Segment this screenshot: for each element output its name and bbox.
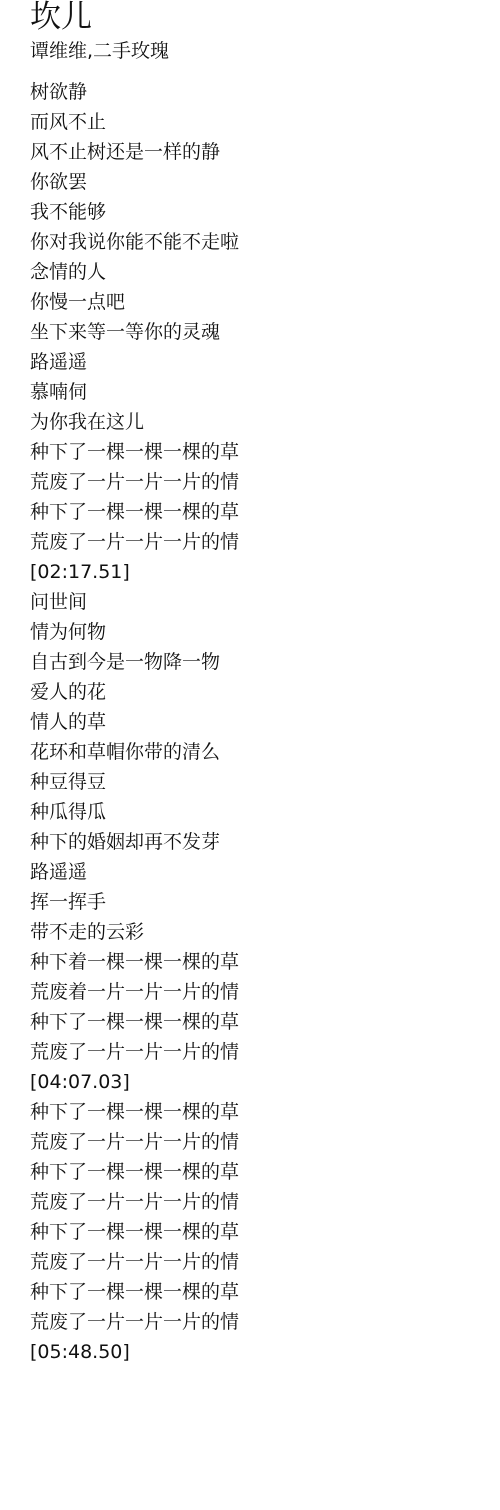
lyric-line: 情为何物 <box>30 617 500 647</box>
lyrics-list: 树欲静而风不止风不止树还是一样的静你欲罢我不能够你对我说你能不能不走啦念情的人你… <box>30 70 500 1367</box>
lyric-line: 我不能够 <box>30 197 500 227</box>
lyric-line: 爱人的花 <box>30 677 500 707</box>
lyric-line: 路遥遥 <box>30 857 500 887</box>
lyric-line: 种瓜得瓜 <box>30 797 500 827</box>
lyric-line: 念情的人 <box>30 257 500 287</box>
lyric-line: [04:07.03] <box>30 1067 500 1097</box>
lyric-line: 自古到今是一物降一物 <box>30 647 500 677</box>
lyric-line: 种下了一棵一棵一棵的草 <box>30 497 500 527</box>
lyric-line: 情人的草 <box>30 707 500 737</box>
lyric-line: 你慢一点吧 <box>30 287 500 317</box>
lyric-line: 花环和草帽你带的清么 <box>30 737 500 767</box>
song-title: 坎儿 <box>30 0 500 35</box>
lyric-line: 风不止树还是一样的静 <box>30 137 500 167</box>
lyric-line: 种下着一棵一棵一棵的草 <box>30 947 500 977</box>
lyric-line: 种下了一棵一棵一棵的草 <box>30 1097 500 1127</box>
lyric-line: 荒废了一片一片一片的情 <box>30 1247 500 1277</box>
lyric-line: 荒废着一片一片一片的情 <box>30 977 500 1007</box>
lyrics-page: 坎儿 谭维维,二手玫瑰 树欲静而风不止风不止树还是一样的静你欲罢我不能够你对我说… <box>0 0 500 1367</box>
lyric-line: [02:17.51] <box>30 557 500 587</box>
lyric-line: 种下了一棵一棵一棵的草 <box>30 1277 500 1307</box>
lyric-line: 慕喃伺 <box>30 377 500 407</box>
lyric-line: 路遥遥 <box>30 347 500 377</box>
song-artist: 谭维维,二手玫瑰 <box>30 36 500 70</box>
lyric-line: 你欲罢 <box>30 167 500 197</box>
lyric-line: 荒废了一片一片一片的情 <box>30 527 500 557</box>
lyric-line: 种下了一棵一棵一棵的草 <box>30 1157 500 1187</box>
lyric-line: 荒废了一片一片一片的情 <box>30 1037 500 1067</box>
lyric-line: 荒废了一片一片一片的情 <box>30 467 500 497</box>
lyric-line: 挥一挥手 <box>30 887 500 917</box>
lyric-line: 种下了一棵一棵一棵的草 <box>30 1217 500 1247</box>
lyric-line: 而风不止 <box>30 107 500 137</box>
lyric-line: 荒废了一片一片一片的情 <box>30 1187 500 1217</box>
lyric-line: 问世间 <box>30 587 500 617</box>
lyric-line: 种豆得豆 <box>30 767 500 797</box>
lyric-line: 种下的婚姻却再不发芽 <box>30 827 500 857</box>
lyric-line: 种下了一棵一棵一棵的草 <box>30 1007 500 1037</box>
lyric-line: 荒废了一片一片一片的情 <box>30 1307 500 1337</box>
lyric-line: 为你我在这儿 <box>30 407 500 437</box>
lyric-line: 树欲静 <box>30 77 500 107</box>
lyric-line: [05:48.50] <box>30 1337 500 1367</box>
lyric-line: 带不走的云彩 <box>30 917 500 947</box>
lyric-line: 荒废了一片一片一片的情 <box>30 1127 500 1157</box>
lyric-line: 坐下来等一等你的灵魂 <box>30 317 500 347</box>
lyric-line: 种下了一棵一棵一棵的草 <box>30 437 500 467</box>
lyric-line: 你对我说你能不能不走啦 <box>30 227 500 257</box>
